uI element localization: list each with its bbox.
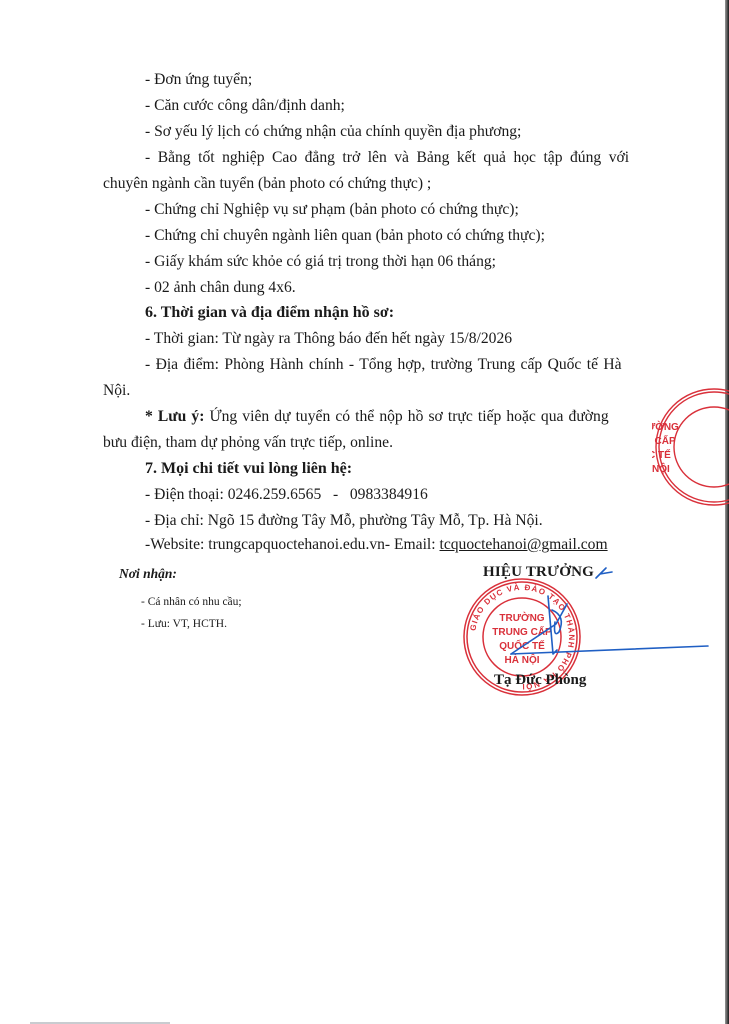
stamp-line: TRUNG CẤP — [492, 625, 552, 638]
email-link[interactable]: tcquoctehanoi@gmail.com — [440, 536, 608, 553]
application-time: - Thời gian: Từ ngày ra Thông báo đến hế… — [145, 329, 512, 349]
stamp-line: NỘI — [652, 462, 670, 475]
list-item: - Bằng tốt nghiệp Cao đẳng trở lên và Bả… — [145, 148, 629, 168]
section-heading: 7. Mọi chi tiết vui lòng liên hệ: — [145, 459, 352, 479]
stamp-line: QUỐC TẾ — [499, 638, 545, 652]
section-heading: 6. Thời gian và địa điểm nhận hồ sơ: — [145, 303, 394, 323]
contact-web-email: -Website: trungcapquoctehanoi.edu.vn- Em… — [145, 535, 608, 555]
list-item-continued: chuyên ngành cần tuyển (bản photo có chứ… — [103, 174, 431, 194]
note-text: Ứng viên dự tuyển có thể nộp hồ sơ trực … — [204, 408, 608, 425]
contact-address: - Địa chỉ: Ngõ 15 đường Tây Mỗ, phường T… — [145, 511, 543, 531]
stamp-line: G CẤP — [652, 434, 676, 447]
list-item: - Chứng chỉ chuyên ngành liên quan (bản … — [145, 226, 545, 246]
signer-name: Tạ Đức Phòng — [494, 672, 586, 689]
list-item: - Chứng chỉ Nghiệp vụ sư phạm (bản photo… — [145, 200, 519, 220]
contact-phone: - Điện thoại: 0246.259.6565 - 0983384916 — [145, 485, 428, 505]
list-item: - Đơn ứng tuyển; — [145, 70, 252, 90]
list-item: - Sơ yếu lý lịch có chứng nhận của chính… — [145, 122, 521, 142]
application-location: - Địa điểm: Phòng Hành chính - Tổng hợp,… — [145, 355, 622, 375]
application-location-continued: Nội. — [103, 381, 130, 401]
note: * Lưu ý: Ứng viên dự tuyển có thể nộp hồ… — [145, 407, 609, 427]
recipients-title: Nơi nhận: — [119, 566, 177, 582]
stamp-line: ƯỜNG — [652, 420, 679, 433]
partial-seal-stamp: ƯỜNG G CẤP C TẾ NỘI — [652, 385, 729, 509]
list-item: - Giấy khám sức khỏe có giá trị trong th… — [145, 252, 496, 272]
scan-edge-right — [725, 0, 729, 1024]
note-label: * Lưu ý: — [145, 408, 204, 425]
website-text: -Website: trungcapquoctehanoi.edu.vn- Em… — [145, 536, 440, 553]
recipient-item: - Lưu: VT, HCTH. — [141, 618, 227, 630]
stamp-line: TRƯỜNG — [499, 611, 544, 624]
note-continued: bưu điện, tham dự phỏng vấn trực tiếp, o… — [103, 433, 393, 453]
recipient-item: - Cá nhân có nhu cầu; — [141, 596, 242, 608]
list-item: - 02 ảnh chân dung 4x6. — [145, 278, 296, 298]
stamp-line: HÀ NỘI — [505, 653, 540, 666]
list-item: - Căn cước công dân/định danh; — [145, 96, 345, 116]
stamp-line: C TẾ — [652, 448, 671, 461]
